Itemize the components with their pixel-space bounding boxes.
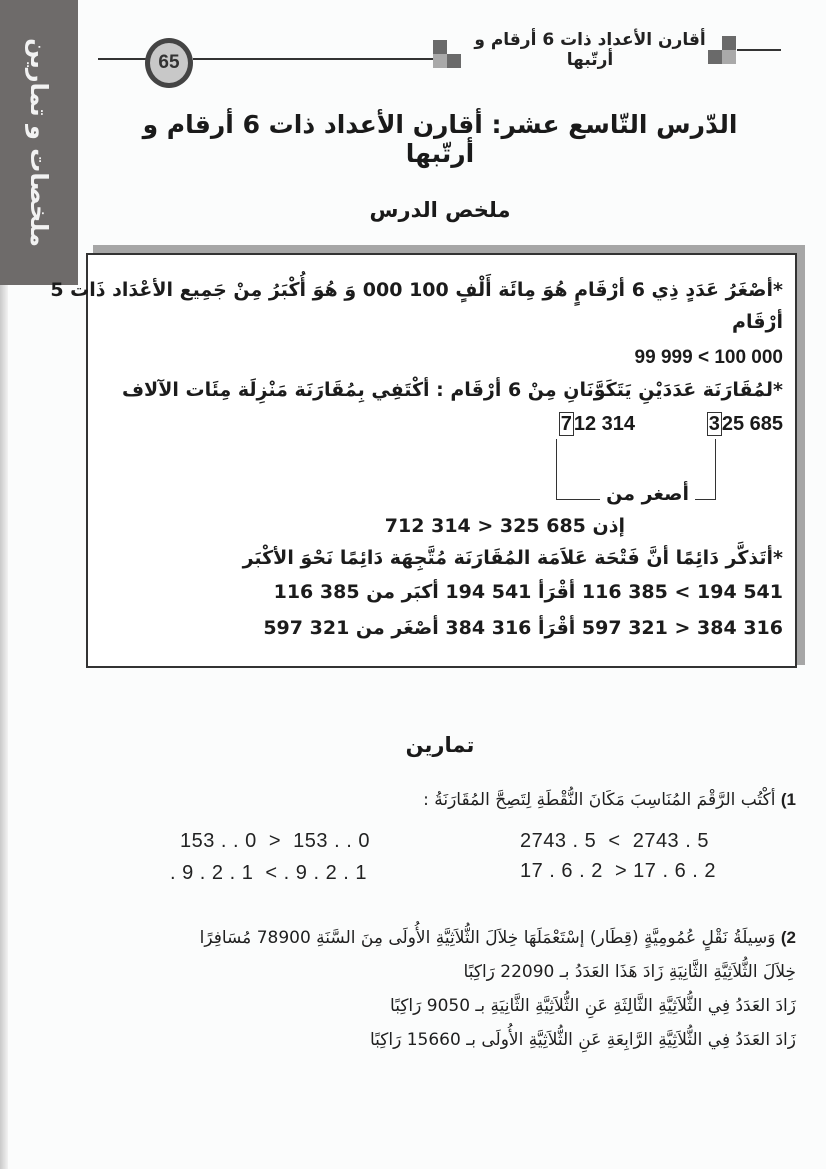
exercise-2-text: وَسِيلَةُ نَقْلٍ عُمُومِيَّةٍ (قِطَار) إ… xyxy=(200,928,776,948)
decor-square-icon xyxy=(433,40,447,54)
header-rule-middle xyxy=(193,58,433,60)
summary-box: *أصْغَرُ عَدَدٍ ذِي 6 أرْقَامٍ هُوَ مِائ… xyxy=(86,253,797,668)
exercise-2-line-1: 2) وَسِيلَةُ نَقْلٍ عُمُومِيَّةٍ (قِطَار… xyxy=(110,928,796,948)
running-title: أقارن الأعداد ذات 6 أرقام و أرتّبها xyxy=(455,30,725,70)
decor-square-icon xyxy=(433,54,447,68)
comparison-1[interactable]: 2743 . 5 < 2743 . 5 xyxy=(520,830,709,853)
hundred-thousands-digit-box: 3 xyxy=(707,412,722,436)
comparison-2[interactable]: 153 . . 0 > 153 . . 0 xyxy=(180,830,370,853)
exercise-2-line-3: زَادَ العَدَدُ فِي الثُّلاَثِيَّةِ الثَّ… xyxy=(110,996,796,1016)
side-tab-label: ملخصات و تمارين xyxy=(0,0,78,285)
page-number-badge: 65 xyxy=(145,38,193,88)
rule-1-line-1: *أصْغَرُ عَدَدٍ ذِي 6 أرْقَامٍ هُوَ مِائ… xyxy=(100,279,783,301)
decor-square-icon xyxy=(722,36,736,50)
rule-3-example-2: 316 384 < 321 597 أقْرَأ 316 384 أصْغَر … xyxy=(100,617,783,639)
lesson-title: الدّرس التّاسع عشر: أقارن الأعداد ذات 6 … xyxy=(120,110,760,168)
comparison-4[interactable]: . 9 . 2 . 1 < . 9 . 2 . 1 xyxy=(170,862,367,885)
number-rest: 12 314 xyxy=(574,413,635,435)
number-rest: 25 685 xyxy=(722,413,783,435)
hundred-thousands-digit-box: 7 xyxy=(559,412,574,436)
comparison-3[interactable]: 17 . 6 . 2 > 17 . 6 . 2 xyxy=(520,860,716,883)
bracket-label: أصغر من xyxy=(600,483,695,505)
exercise-2-line-4: زَادَ العَدَدُ فِي الثُّلاَثِيَّةِ الرَّ… xyxy=(110,1030,796,1050)
rule-3: *أتَذكَّر دَائِمًا أنَّ فَتْحَة عَلاَمَة… xyxy=(100,547,783,569)
exercise-number: 2) xyxy=(781,928,796,947)
exercise-1-text: أكْتُب الرَّقْمَ المُنَاسِبَ مَكَانَ الن… xyxy=(423,790,775,810)
page-edge-shadow xyxy=(0,285,8,1169)
exercise-2-line-2: خِلاَلَ الثُّلاَثِيَّةِ الثَّانِيَةِ زَا… xyxy=(110,962,796,982)
example-number-1: 325 685 xyxy=(707,413,783,436)
exercises-heading: تمارين xyxy=(120,733,760,757)
rule-3-example-1: 541 194 > 385 116 أقْرَأ 541 194 أكبَر م… xyxy=(100,581,783,603)
rule-1-line-2: أرْقَام xyxy=(100,311,783,333)
exercise-1-instruction: 1) أكْتُب الرَّقْمَ المُنَاسِبَ مَكَانَ … xyxy=(110,790,796,810)
summary-heading: ملخص الدرس xyxy=(120,198,760,222)
conclusion: إذن 685 325 < 314 712 xyxy=(100,515,625,537)
header-rule-left xyxy=(98,58,148,60)
side-tab-text: ملخصات و تمارين xyxy=(25,38,53,247)
header-rule-right xyxy=(737,49,781,51)
example-number-2: 712 314 xyxy=(559,413,635,436)
decor-square-icon xyxy=(708,50,722,64)
page-number: 65 xyxy=(158,52,179,74)
rule-1-example: 99 999 < 100 000 xyxy=(100,347,783,369)
exercise-number: 1) xyxy=(781,790,796,809)
rule-2: *لمُقَارَنَة عَدَدَيْنِ يَتَكَوَّنَانِ م… xyxy=(100,379,783,401)
decor-square-icon xyxy=(722,50,736,64)
